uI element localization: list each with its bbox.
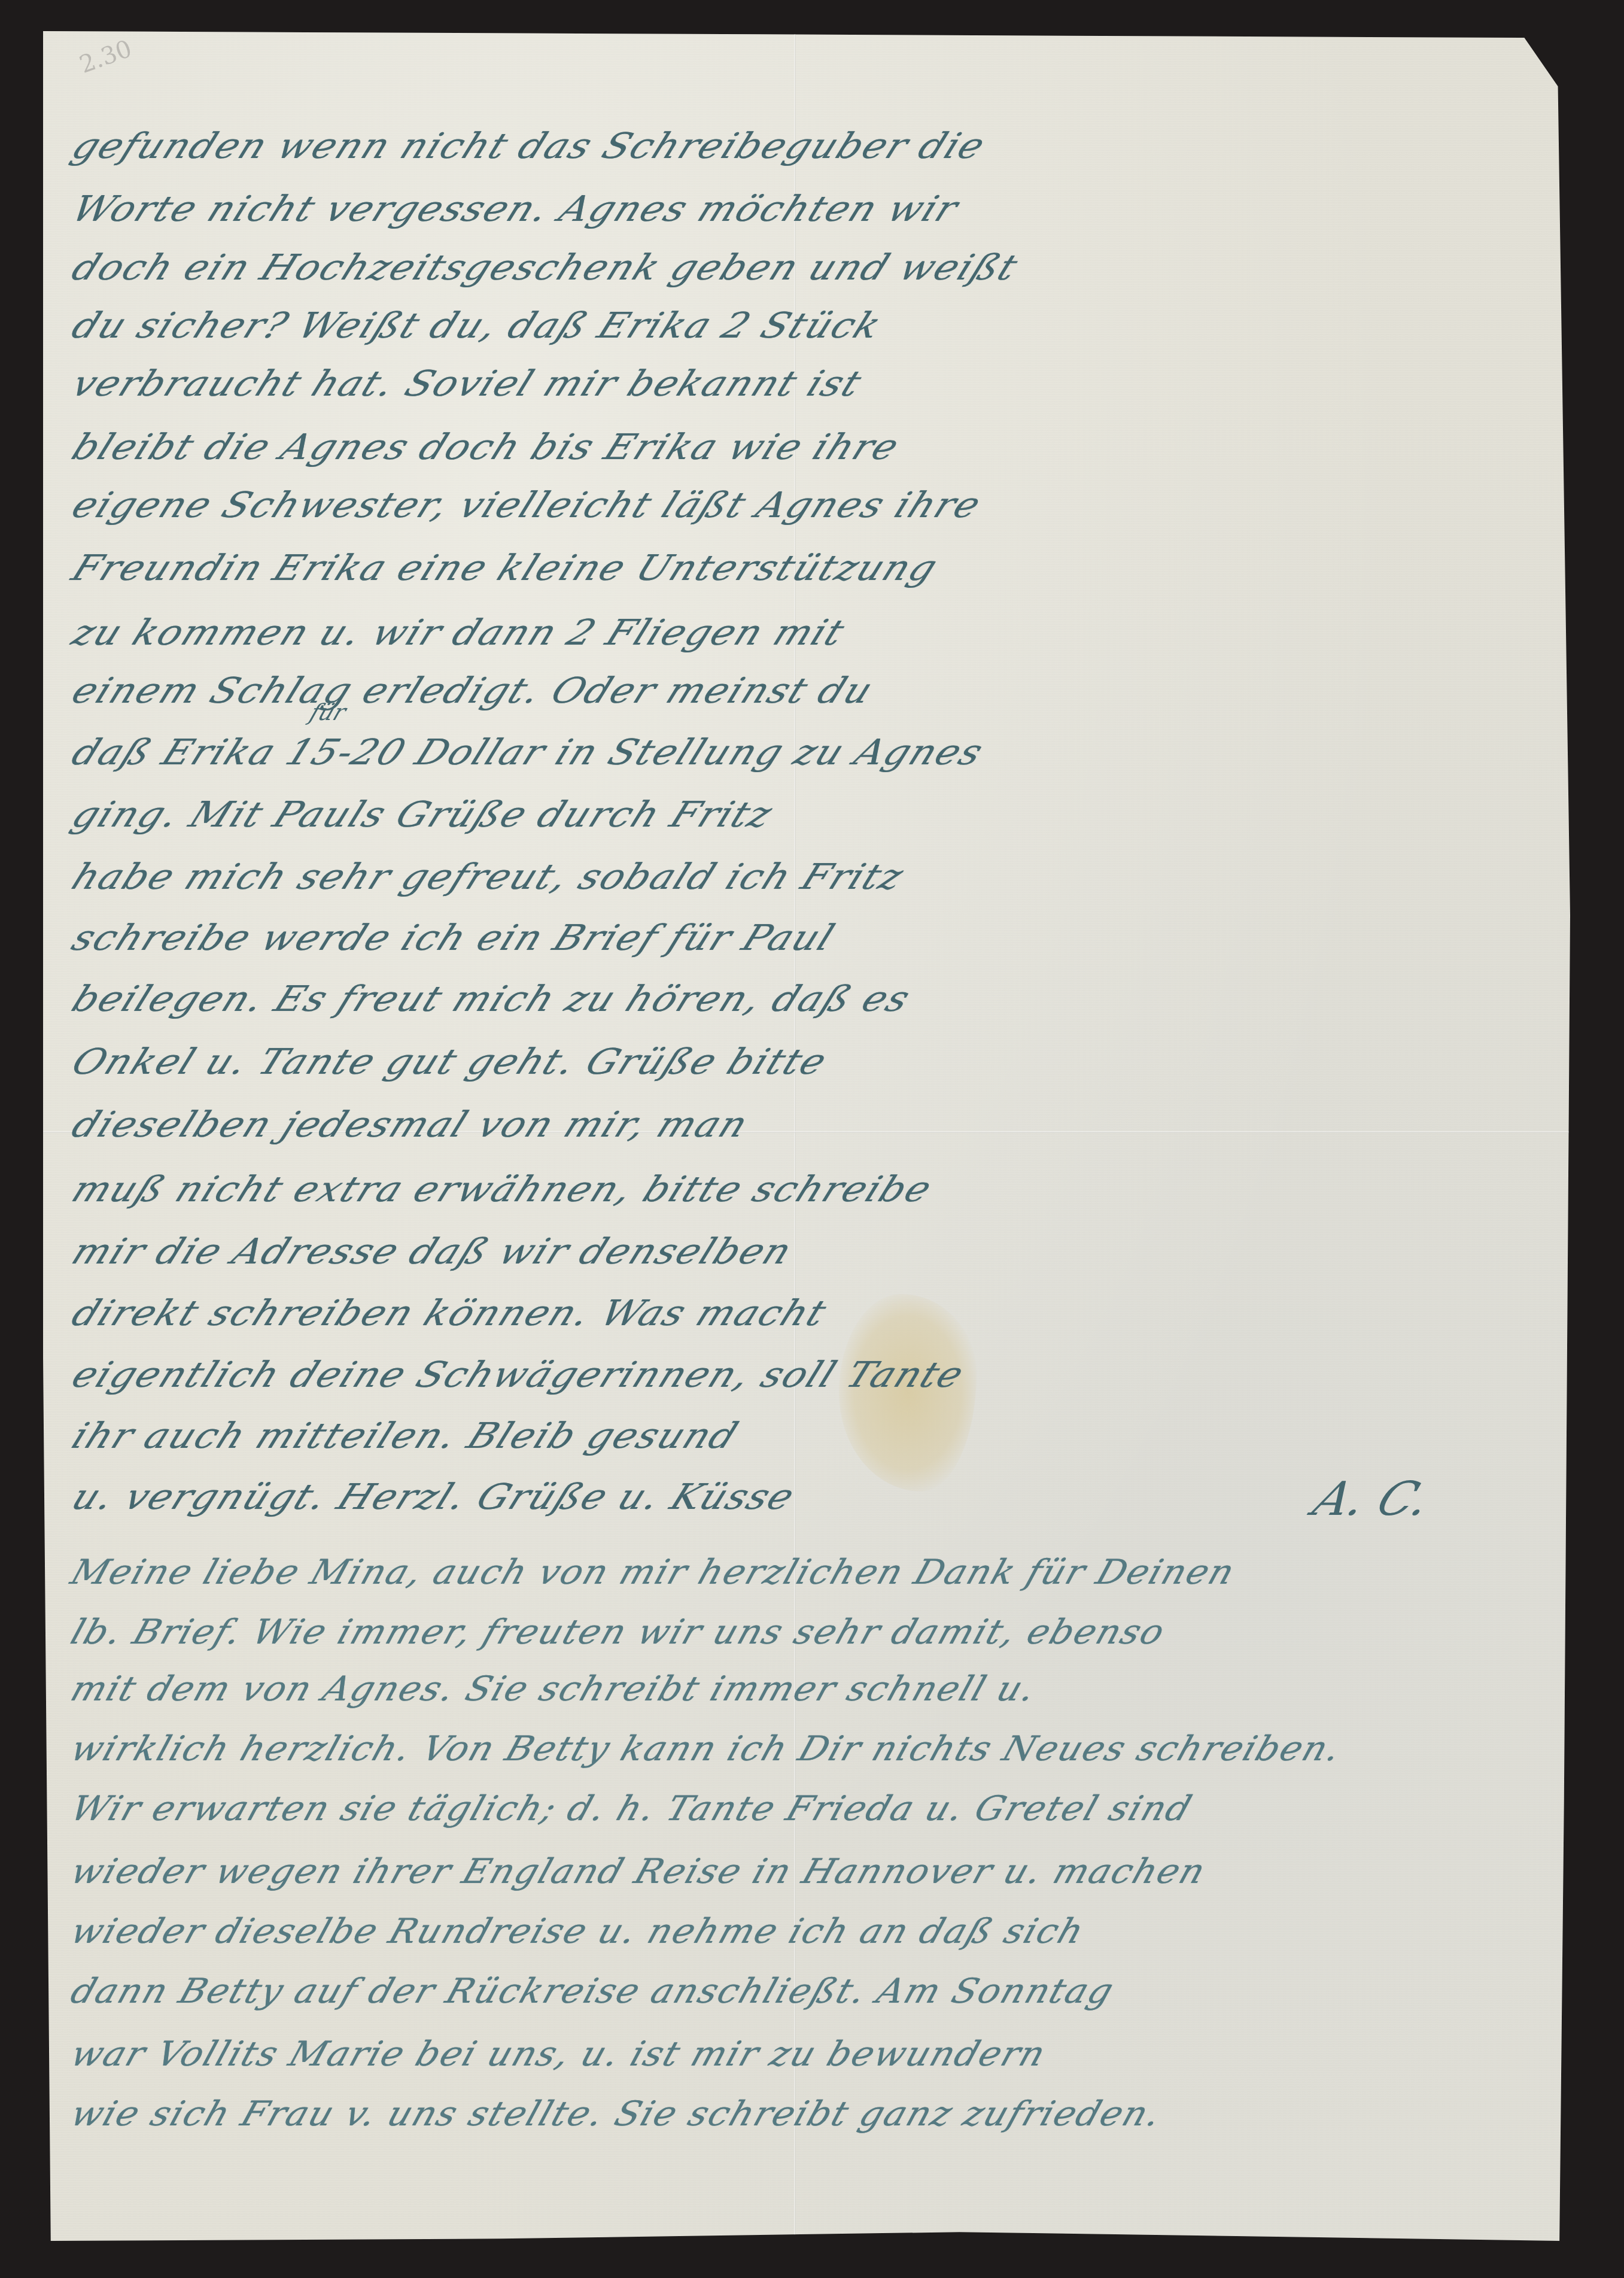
letter-line: eigene Schwester, vielleicht läßt Agnes … [66, 485, 987, 526]
letter-line: mir die Adresse daß wir denselben [66, 1232, 799, 1272]
letter-line: bleibt die Agnes doch bis Erika wie ihre [66, 427, 906, 468]
letter-line: mit dem von Agnes. Sie schreibt immer sc… [66, 1669, 1042, 1709]
letter-line: verbraucht hat. Soviel mir bekannt ist [66, 364, 868, 405]
letter-line: u. vergnügt. Herzl. Grüße u. Küsse [66, 1477, 801, 1518]
letter-line: muß nicht extra erwähnen, bitte schreibe [66, 1170, 939, 1210]
letter-line: beilegen. Es freut mich zu hören, daß es [66, 979, 917, 1020]
letter-line: Onkel u. Tante gut geht. Grüße bitte [66, 1042, 834, 1083]
letter-line: war Vollits Marie bei uns, u. ist mir zu… [66, 2034, 1051, 2075]
letter-line: lb. Brief. Wie immer, freuten wir uns se… [66, 1612, 1170, 1653]
letter-line: Worte nicht vergessen. Agnes möchten wir [66, 189, 965, 230]
letter-line: du sicher? Weißt du, daß Erika 2 Stück [66, 306, 888, 347]
letter-line: Freundin Erika eine kleine Unterstützung [66, 548, 944, 589]
letter-line: schreibe werde ich ein Brief für Paul [66, 918, 841, 959]
pencil-page-annotation: 2.30 [76, 35, 135, 79]
letter-line: wirklich herzlich. Von Betty kann ich Di… [66, 1729, 1347, 1769]
letter-line: direkt schreiben können. Was macht [66, 1293, 833, 1334]
letter-line: wie sich Frau v. uns stellte. Sie schrei… [66, 2094, 1167, 2134]
letter-line: ging. Mit Pauls Grüße durch Fritz [66, 795, 779, 836]
letter-line: wieder wegen ihrer England Reise in Hann… [66, 1852, 1211, 1892]
letter-line: wieder dieselbe Rundreise u. nehme ich a… [66, 1912, 1090, 1952]
letter-line: Meine liebe Mina, auch von mir herzliche… [66, 1553, 1240, 1593]
letter-line: doch ein Hochzeitsgeschenk geben und wei… [66, 248, 1024, 288]
letter-line: Wir erwarten sie täglich; d. h. Tante Fr… [66, 1789, 1197, 1829]
letter-line: dieselben jedesmal von mir, man [66, 1105, 755, 1146]
letter-line: einem Schlag erledigt. Oder meinst du [66, 671, 880, 712]
letter-line: ihr auch mitteilen. Bleib gesund [66, 1416, 744, 1457]
letter-line: habe mich sehr gefreut, sobald ich Fritz [66, 857, 910, 898]
vertical-fold-crease [794, 31, 796, 2241]
letter-line: dann Betty auf der Rückreise anschließt.… [66, 1972, 1120, 2012]
letter-line: gefunden wenn nicht das Schreibeguber di… [66, 126, 992, 167]
letter-line: eigentlich deine Schwägerinnen, soll Tan… [66, 1355, 971, 1396]
letter-line: daß Erika 15-20 Dollar in Stellung zu Ag… [66, 733, 990, 773]
letter-line: zu kommen u. wir dann 2 Fliegen mit [66, 613, 851, 654]
signature: A. C. [1306, 1472, 1440, 1526]
